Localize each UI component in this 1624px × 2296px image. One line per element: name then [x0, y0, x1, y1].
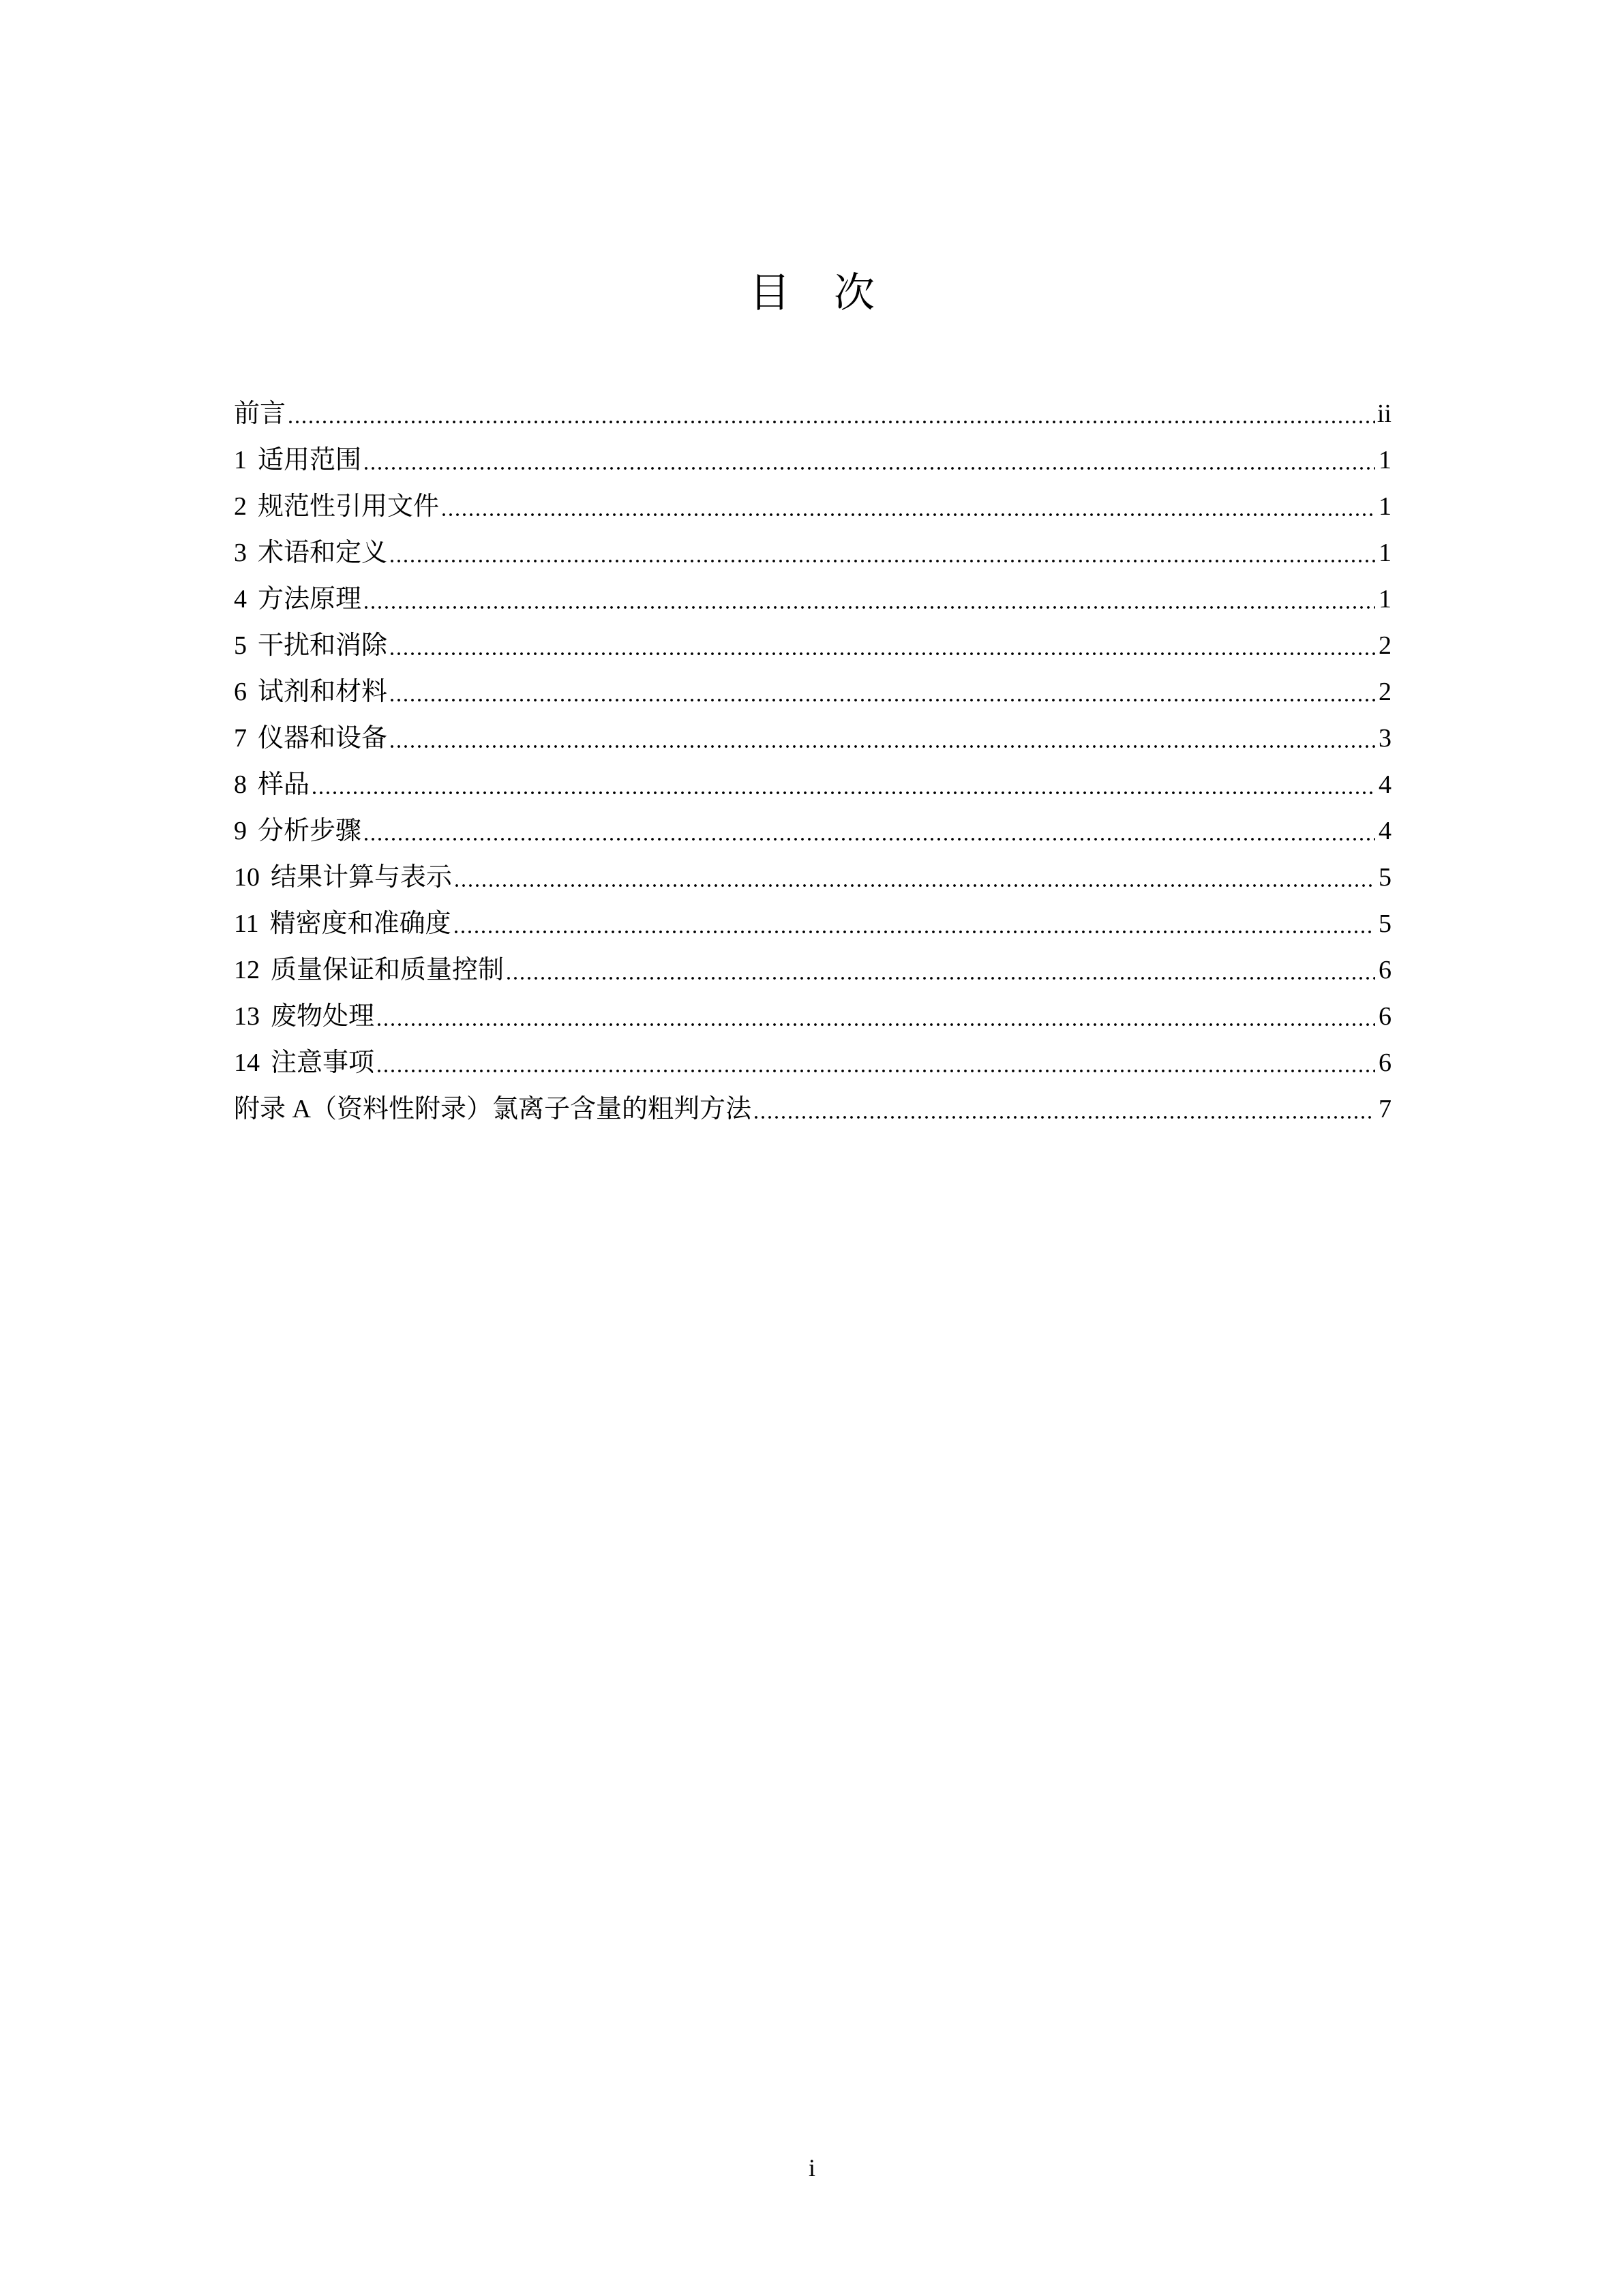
toc-page-number: 2	[1377, 676, 1392, 708]
toc-entry-label: 11精密度和准确度	[234, 908, 451, 939]
toc-entry-label: 13废物处理	[234, 1001, 374, 1032]
dot-leader	[389, 699, 1375, 701]
section-number: 3	[234, 537, 247, 569]
document-page: 目次 前言 ii 1适用范围 1 2规范性引用文件 1 3术语和定义 1 4方法	[0, 0, 1624, 2296]
toc-entry-label: 12质量保证和质量控制	[234, 954, 504, 986]
dot-leader	[753, 1116, 1375, 1119]
toc-entry-2[interactable]: 2规范性引用文件 1	[234, 476, 1392, 522]
section-number: 1	[234, 444, 247, 476]
toc-entry-label: 3术语和定义	[234, 537, 387, 569]
section-number: 7	[234, 723, 247, 754]
toc-entry-label: 8样品	[234, 769, 310, 800]
dot-leader	[363, 467, 1375, 470]
toc-entry-13[interactable]: 13废物处理 6	[234, 986, 1392, 1032]
toc-entry-11[interactable]: 11精密度和准确度 5	[234, 893, 1392, 939]
dot-leader	[389, 652, 1375, 655]
dot-leader	[311, 791, 1375, 794]
toc-page-number: 5	[1377, 862, 1392, 893]
toc-entry-label: 5干扰和消除	[234, 630, 387, 661]
dot-leader	[363, 606, 1375, 609]
section-number: 6	[234, 676, 247, 708]
dot-leader	[453, 884, 1375, 887]
toc-page-number: 6	[1377, 954, 1392, 986]
section-number: 13	[234, 1001, 260, 1032]
title-char: 次	[834, 269, 875, 317]
dot-leader	[389, 745, 1375, 748]
toc-entry-label: 2规范性引用文件	[234, 491, 439, 522]
dot-leader	[453, 931, 1375, 933]
toc-entry-4[interactable]: 4方法原理 1	[234, 569, 1392, 615]
section-number: 2	[234, 491, 247, 522]
toc-entry-5[interactable]: 5干扰和消除 2	[234, 615, 1392, 661]
toc-entry-label: 9分析步骤	[234, 815, 361, 847]
section-number: 5	[234, 630, 247, 661]
toc-entry-label: 附录 A（资料性附录）氯离子含量的粗判方法	[234, 1093, 751, 1125]
toc-entry-appendix-a[interactable]: 附录 A（资料性附录）氯离子含量的粗判方法 7	[234, 1078, 1392, 1125]
toc-page-number: 4	[1377, 769, 1392, 800]
toc-page-number: 1	[1377, 491, 1392, 522]
toc-entry-14[interactable]: 14注意事项 6	[234, 1032, 1392, 1078]
toc-page-number: 2	[1377, 630, 1392, 661]
toc-entry-9[interactable]: 9分析步骤 4	[234, 800, 1392, 847]
toc-entry-label: 前言	[234, 398, 286, 429]
page-title: 目次	[0, 269, 1624, 317]
toc-page-number: 5	[1377, 908, 1392, 939]
toc-entry-label: 1适用范围	[234, 444, 361, 476]
toc-entry-label: 7仪器和设备	[234, 723, 387, 754]
section-number: 9	[234, 815, 247, 847]
section-number: 12	[234, 954, 260, 986]
toc-entry-10[interactable]: 10结果计算与表示 5	[234, 847, 1392, 893]
footer-page-number: i	[0, 2154, 1624, 2181]
toc-entry-label: 6试剂和材料	[234, 676, 387, 708]
toc-page-number: 6	[1377, 1001, 1392, 1032]
section-number: 4	[234, 584, 247, 615]
dot-leader	[440, 513, 1375, 516]
toc-entry-label: 4方法原理	[234, 584, 361, 615]
dot-leader	[376, 1070, 1375, 1072]
title-char: 目	[749, 269, 790, 317]
dot-leader	[376, 1023, 1375, 1026]
dot-leader	[363, 838, 1375, 841]
toc-page-number: ii	[1377, 398, 1392, 429]
toc-entry-1[interactable]: 1适用范围 1	[234, 429, 1392, 476]
toc-page-number: 6	[1377, 1047, 1392, 1078]
dot-leader	[389, 560, 1375, 562]
section-number: 8	[234, 769, 247, 800]
dot-leader	[505, 977, 1375, 980]
dot-leader	[287, 421, 1375, 423]
toc-page-number: 1	[1377, 444, 1392, 476]
section-number: 14	[234, 1047, 260, 1078]
toc-entry-label: 14注意事项	[234, 1047, 374, 1078]
toc-page-number: 1	[1377, 584, 1392, 615]
toc-entry-12[interactable]: 12质量保证和质量控制 6	[234, 939, 1392, 986]
toc-entry-8[interactable]: 8样品 4	[234, 754, 1392, 800]
section-number: 10	[234, 862, 260, 893]
toc-page-number: 3	[1377, 723, 1392, 754]
table-of-contents: 前言 ii 1适用范围 1 2规范性引用文件 1 3术语和定义 1 4方法原理 …	[234, 383, 1392, 1125]
toc-page-number: 4	[1377, 815, 1392, 847]
toc-entry-label: 10结果计算与表示	[234, 862, 452, 893]
toc-entry-3[interactable]: 3术语和定义 1	[234, 522, 1392, 569]
toc-page-number: 1	[1377, 537, 1392, 569]
toc-entry-7[interactable]: 7仪器和设备 3	[234, 708, 1392, 754]
toc-entry-6[interactable]: 6试剂和材料 2	[234, 661, 1392, 708]
toc-page-number: 7	[1377, 1093, 1392, 1125]
toc-entry-foreword[interactable]: 前言 ii	[234, 383, 1392, 429]
section-number: 11	[234, 908, 259, 939]
